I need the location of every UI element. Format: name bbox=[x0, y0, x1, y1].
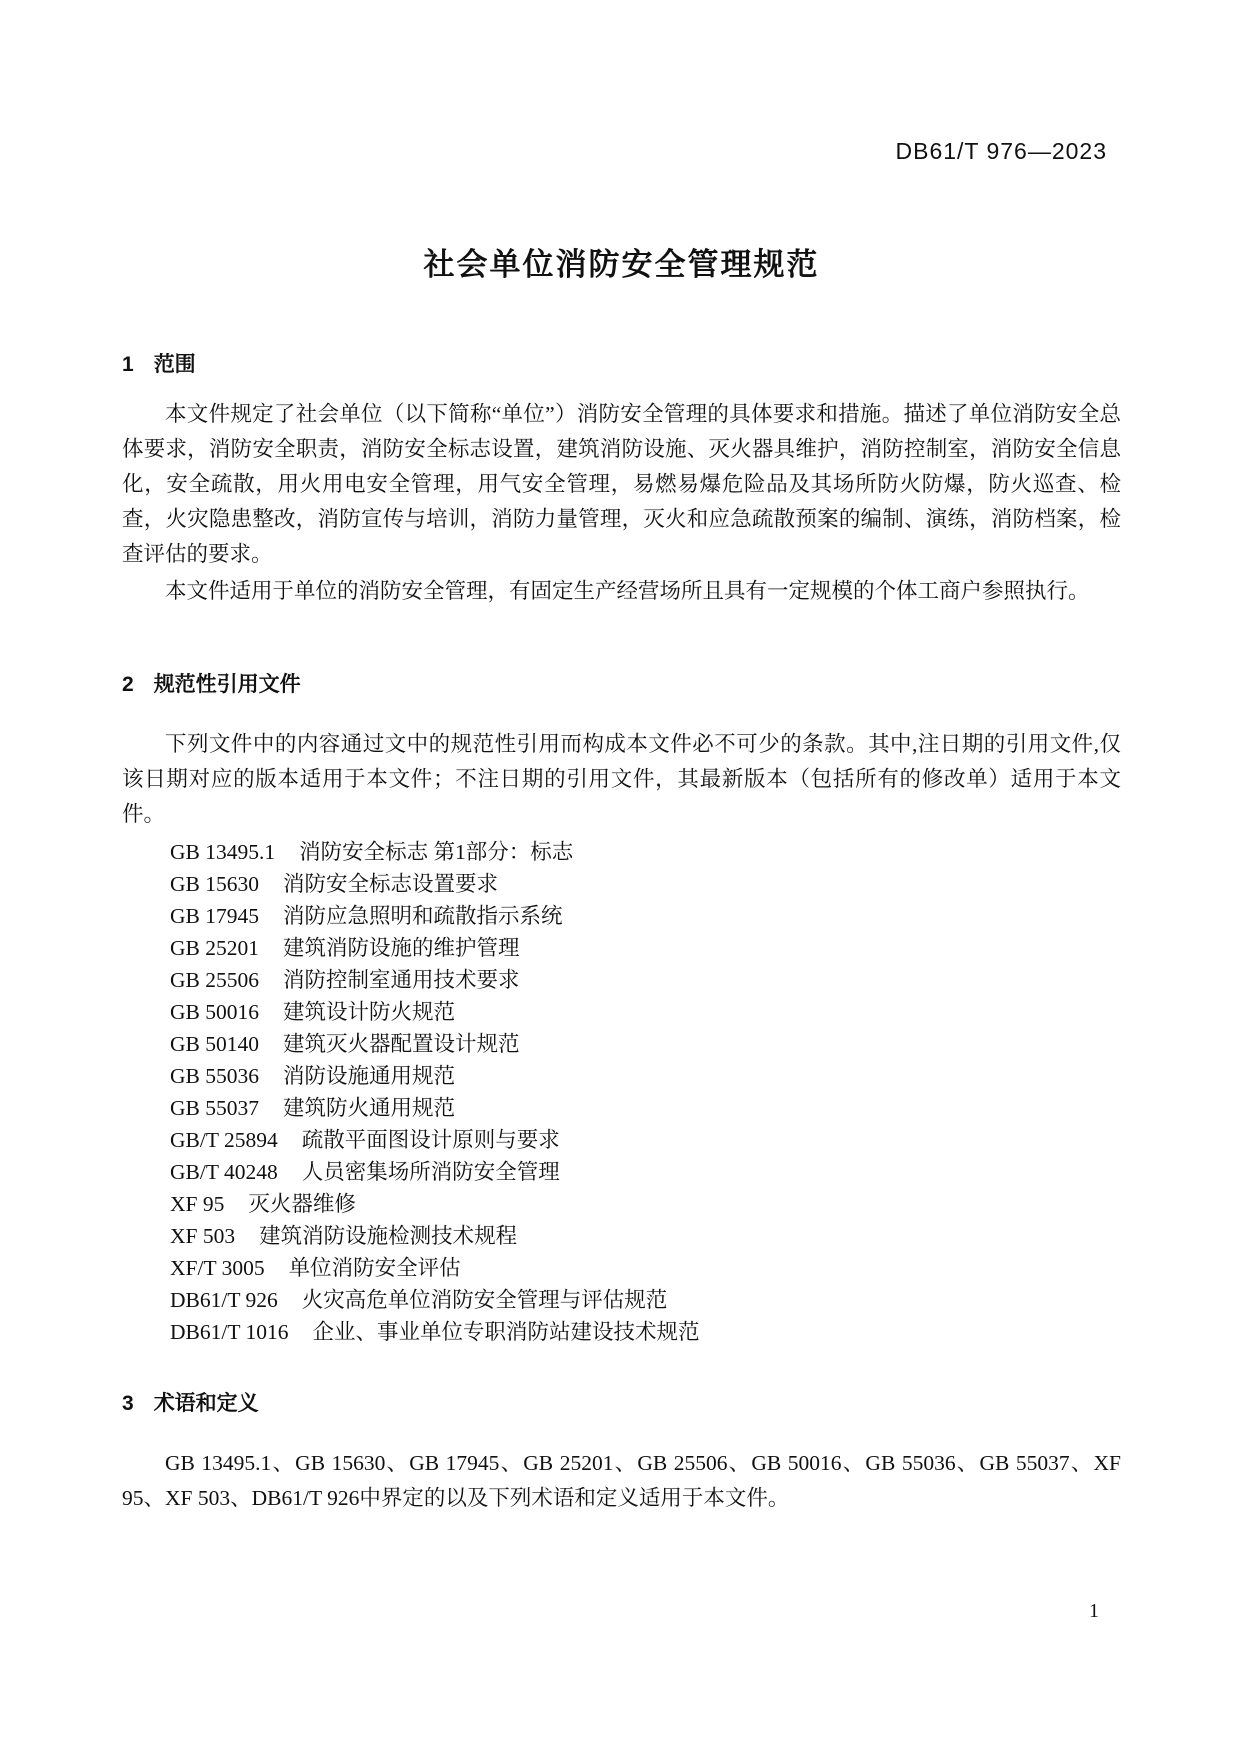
page-content: DB61/T 976—2023 社会单位消防安全管理规范 1范围 本文件规定了社… bbox=[0, 138, 1241, 1623]
reference-code: GB 55037 bbox=[170, 1092, 259, 1124]
reference-item: GB 15630消防安全标志设置要求 bbox=[170, 868, 1121, 900]
reference-title: 建筑消防设施的维护管理 bbox=[283, 932, 520, 964]
section-title: 范围 bbox=[154, 353, 196, 376]
reference-title: 单位消防安全评估 bbox=[289, 1252, 461, 1284]
section-scope-heading: 1范围 bbox=[122, 351, 1121, 379]
reference-title: 疏散平面图设计原则与要求 bbox=[302, 1124, 560, 1156]
section-number: 1 bbox=[122, 351, 134, 379]
reference-code: GB 25506 bbox=[170, 964, 259, 996]
reference-item: GB 50140建筑灭火器配置设计规范 bbox=[170, 1028, 1121, 1060]
reference-item: XF 95灭火器维修 bbox=[170, 1188, 1121, 1220]
section-terms-definitions: 3术语和定义 GB 13495.1、GB 15630、GB 17945、GB 2… bbox=[122, 1390, 1121, 1516]
reference-title: 消防控制室通用技术要求 bbox=[283, 964, 520, 996]
reference-code: GB 25201 bbox=[170, 932, 259, 964]
reference-item: GB/T 40248人员密集场所消防安全管理 bbox=[170, 1156, 1121, 1188]
reference-code: GB 13495.1 bbox=[170, 836, 275, 868]
page-title: 社会单位消防安全管理规范 bbox=[122, 245, 1121, 285]
reference-item: GB 25506消防控制室通用技术要求 bbox=[170, 964, 1121, 996]
reference-title: 消防安全标志设置要求 bbox=[283, 868, 498, 900]
reference-item: XF/T 3005单位消防安全评估 bbox=[170, 1252, 1121, 1284]
reference-item: XF 503建筑消防设施检测技术规程 bbox=[170, 1220, 1121, 1252]
section-number: 2 bbox=[122, 671, 134, 699]
reference-item: GB 50016建筑设计防火规范 bbox=[170, 996, 1121, 1028]
reference-title: 建筑防火通用规范 bbox=[283, 1092, 455, 1124]
reference-item: GB 25201建筑消防设施的维护管理 bbox=[170, 932, 1121, 964]
reference-code: GB 50016 bbox=[170, 996, 259, 1028]
reference-code: GB 15630 bbox=[170, 868, 259, 900]
reference-title: 消防安全标志 第1部分：标志 bbox=[299, 836, 573, 868]
section-references-heading: 2规范性引用文件 bbox=[122, 671, 1121, 699]
section-title: 术语和定义 bbox=[154, 1392, 259, 1415]
reference-item: DB61/T 926火灾高危单位消防安全管理与评估规范 bbox=[170, 1284, 1121, 1316]
reference-code: GB 17945 bbox=[170, 900, 259, 932]
reference-item: GB 17945消防应急照明和疏散指示系统 bbox=[170, 900, 1121, 932]
reference-title: 火灾高危单位消防安全管理与评估规范 bbox=[302, 1284, 668, 1316]
section-title: 规范性引用文件 bbox=[154, 673, 301, 696]
section-terms-heading: 3术语和定义 bbox=[122, 1390, 1121, 1418]
reference-code: GB/T 40248 bbox=[170, 1156, 278, 1188]
reference-title: 人员密集场所消防安全管理 bbox=[302, 1156, 560, 1188]
section-number: 3 bbox=[122, 1390, 134, 1418]
reference-item: GB 13495.1消防安全标志 第1部分：标志 bbox=[170, 836, 1121, 868]
reference-code: XF 503 bbox=[170, 1220, 235, 1252]
reference-title: 灭火器维修 bbox=[248, 1188, 356, 1220]
reference-code: XF/T 3005 bbox=[170, 1252, 265, 1284]
reference-code: GB 55036 bbox=[170, 1060, 259, 1092]
terms-paragraph: GB 13495.1、GB 15630、GB 17945、GB 25201、GB… bbox=[122, 1446, 1121, 1516]
reference-item: DB61/T 1016企业、事业单位专职消防站建设技术规范 bbox=[170, 1316, 1121, 1348]
reference-item: GB/T 25894疏散平面图设计原则与要求 bbox=[170, 1124, 1121, 1156]
reference-code: GB 50140 bbox=[170, 1028, 259, 1060]
reference-list: GB 13495.1消防安全标志 第1部分：标志 GB 15630消防安全标志设… bbox=[122, 836, 1121, 1348]
standard-code: DB61/T 976—2023 bbox=[122, 138, 1121, 165]
references-intro-paragraph: 下列文件中的内容通过文中的规范性引用而构成本文件必不可少的条款。其中,注日期的引… bbox=[122, 727, 1121, 832]
reference-title: 建筑设计防火规范 bbox=[283, 996, 455, 1028]
scope-paragraph-2: 本文件适用于单位的消防安全管理，有固定生产经营场所且具有一定规模的个体工商户参照… bbox=[122, 574, 1121, 609]
reference-code: GB/T 25894 bbox=[170, 1124, 278, 1156]
section-scope: 1范围 本文件规定了社会单位（以下简称“单位”）消防安全管理的具体要求和措施。描… bbox=[122, 351, 1121, 609]
section-normative-references: 2规范性引用文件 下列文件中的内容通过文中的规范性引用而构成本文件必不可少的条款… bbox=[122, 671, 1121, 1348]
reference-item: GB 55036消防设施通用规范 bbox=[170, 1060, 1121, 1092]
reference-title: 建筑消防设施检测技术规程 bbox=[259, 1220, 517, 1252]
reference-code: XF 95 bbox=[170, 1188, 224, 1220]
reference-code: DB61/T 1016 bbox=[170, 1316, 288, 1348]
reference-title: 消防应急照明和疏散指示系统 bbox=[283, 900, 563, 932]
page-number: 1 bbox=[122, 1600, 1121, 1623]
scope-paragraph-1: 本文件规定了社会单位（以下简称“单位”）消防安全管理的具体要求和措施。描述了单位… bbox=[122, 397, 1121, 572]
reference-title: 消防设施通用规范 bbox=[283, 1060, 455, 1092]
document-page: DB61/T 976—2023 社会单位消防安全管理规范 1范围 本文件规定了社… bbox=[0, 0, 1241, 1755]
reference-title: 企业、事业单位专职消防站建设技术规范 bbox=[312, 1316, 699, 1348]
reference-code: DB61/T 926 bbox=[170, 1284, 278, 1316]
reference-item: GB 55037建筑防火通用规范 bbox=[170, 1092, 1121, 1124]
reference-title: 建筑灭火器配置设计规范 bbox=[283, 1028, 520, 1060]
